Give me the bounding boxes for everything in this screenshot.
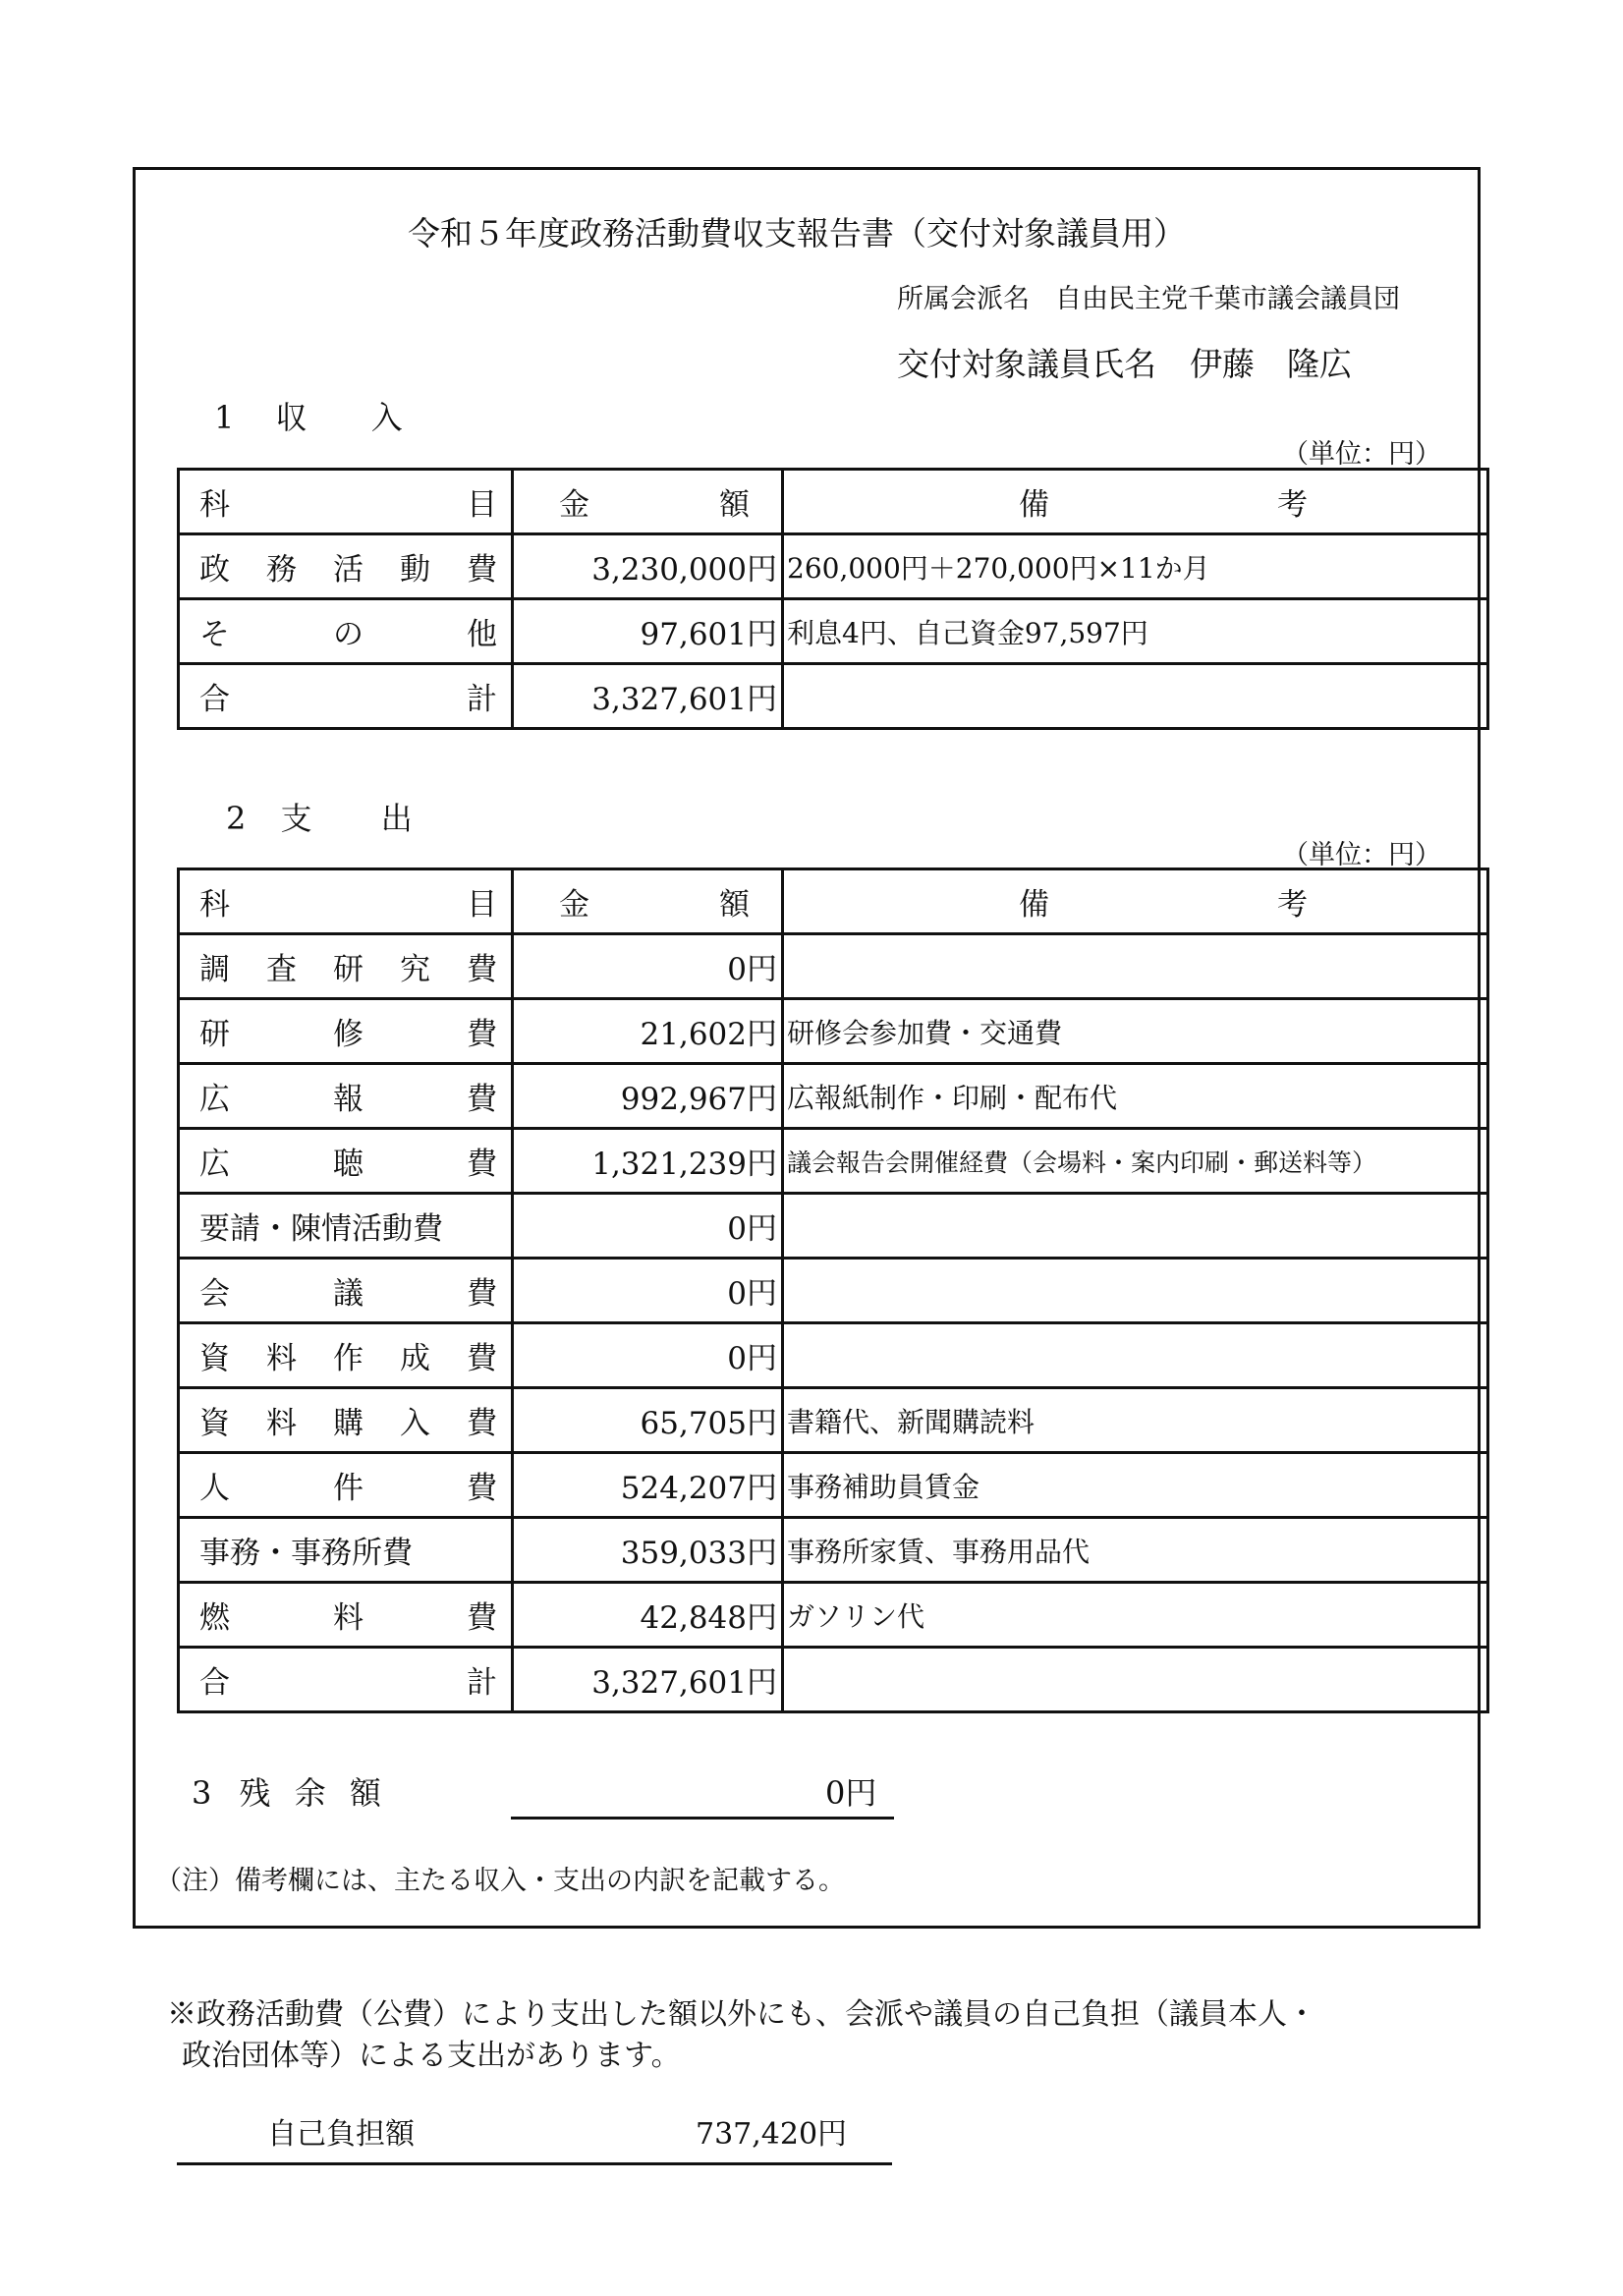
section-char: 額 xyxy=(350,1768,381,1814)
remarks-note: （注）備考欄には、主たる収入・支出の内訳を記載する。 xyxy=(155,1859,845,1897)
faction-value: 自由民主党千葉市議会議員団 xyxy=(1055,284,1400,314)
table-row: 会議費 0円 xyxy=(179,1259,1488,1323)
section-char: 余 xyxy=(295,1768,326,1814)
table-row: 研修費 21,602円 研修会参加費・交通費 xyxy=(179,999,1488,1064)
self-burden-label: 自己負担額 xyxy=(267,2114,415,2156)
remarks-cell: 事務補助員賃金 xyxy=(783,1453,1488,1518)
table-row: 調査研究費 0円 xyxy=(179,934,1488,999)
section-number: 2 xyxy=(226,800,246,837)
amount-cell: 3,327,601円 xyxy=(513,664,783,729)
amount-cell: 359,033円 xyxy=(513,1518,783,1583)
income-unit: （単位：円） xyxy=(1282,432,1441,471)
member-label: 交付対象議員氏名 xyxy=(897,345,1156,383)
remarks-cell: 事務所家賃、事務用品代 xyxy=(783,1518,1488,1583)
table-row: 資料購入費 65,705円 書籍代、新聞購読料 xyxy=(179,1388,1488,1453)
section-char: 残 xyxy=(240,1768,271,1814)
self-burden-value: 737,420円 xyxy=(696,2114,847,2156)
amount-cell: 0円 xyxy=(513,1323,783,1388)
section-number: 1 xyxy=(214,399,234,436)
header-amount: 金額 xyxy=(513,869,783,934)
table-row: 事務・事務所費 359,033円 事務所家賃、事務用品代 xyxy=(179,1518,1488,1583)
table-row-total: 合計 3,327,601円 xyxy=(179,664,1488,729)
table-header-row: 科目 金額 備考 xyxy=(179,869,1488,934)
report-title: 令和５年度政務活動費収支報告書（交付対象議員用） xyxy=(408,208,1186,254)
header-remarks: 備考 xyxy=(783,869,1488,934)
table-row: 燃料費 42,848円 ガソリン代 xyxy=(179,1583,1488,1648)
amount-cell: 42,848円 xyxy=(513,1583,783,1648)
expense-unit: （単位：円） xyxy=(1282,833,1441,871)
section-char: 入 xyxy=(371,393,403,438)
remarks-cell xyxy=(783,1194,1488,1259)
income-table: 科目 金額 備考 政務活動費 3,230,000円 260,000円＋270,0… xyxy=(177,468,1489,730)
section-char: 収 xyxy=(276,393,308,438)
header-item: 科目 xyxy=(179,470,513,534)
expense-table: 科目 金額 備考 調査研究費 0円 研修費 21,602円 研修会参加費・交通費… xyxy=(177,868,1489,1713)
remarks-cell: 書籍代、新聞購読料 xyxy=(783,1388,1488,1453)
remarks-cell: 広報紙制作・印刷・配布代 xyxy=(783,1064,1488,1129)
expense-section-heading: 2 支 出 xyxy=(226,794,413,839)
footer-note-line1: ※政務活動費（公費）により支出した額以外にも、会派や議員の自己負担（議員本人・ xyxy=(167,1994,1316,2036)
header-amount: 金額 xyxy=(513,470,783,534)
amount-cell: 3,230,000円 xyxy=(513,534,783,599)
member-line: 交付対象議員氏名伊藤 隆広 xyxy=(897,339,1352,385)
header-remarks: 備考 xyxy=(783,470,1488,534)
income-section-heading: 1 収 入 xyxy=(214,393,403,438)
table-row: 広聴費 1,321,239円 議会報告会開催経費（会場料・案内印刷・郵送料等） xyxy=(179,1129,1488,1194)
amount-cell: 97,601円 xyxy=(513,599,783,664)
faction-line: 所属会派名自由民主党千葉市議会議員団 xyxy=(897,277,1400,315)
section-char: 支 xyxy=(281,794,312,839)
header-item: 科目 xyxy=(179,869,513,934)
remarks-cell: 研修会参加費・交通費 xyxy=(783,999,1488,1064)
amount-cell: 0円 xyxy=(513,934,783,999)
table-row: 政務活動費 3,230,000円 260,000円＋270,000円×11か月 xyxy=(179,534,1488,599)
table-row-total: 合計 3,327,601円 xyxy=(179,1648,1488,1712)
remarks-cell xyxy=(783,1259,1488,1323)
remarks-cell xyxy=(783,664,1488,729)
table-row: 人件費 524,207円 事務補助員賃金 xyxy=(179,1453,1488,1518)
faction-label: 所属会派名 xyxy=(897,284,1030,314)
remarks-cell: ガソリン代 xyxy=(783,1583,1488,1648)
amount-cell: 21,602円 xyxy=(513,999,783,1064)
remarks-cell: 260,000円＋270,000円×11か月 xyxy=(783,534,1488,599)
amount-cell: 3,327,601円 xyxy=(513,1648,783,1712)
footer-note-line2: 政治団体等）による支出があります。 xyxy=(182,2036,681,2077)
self-burden-underline xyxy=(177,2162,892,2165)
remainder-value: 0円 xyxy=(825,1768,876,1814)
table-row: その他 97,601円 利息4円、自己資金97,597円 xyxy=(179,599,1488,664)
table-header-row: 科目 金額 備考 xyxy=(179,470,1488,534)
table-row: 資料作成費 0円 xyxy=(179,1323,1488,1388)
table-row: 要請・陳情活動費 0円 xyxy=(179,1194,1488,1259)
section-char: 出 xyxy=(381,794,413,839)
remarks-cell xyxy=(783,1323,1488,1388)
amount-cell: 0円 xyxy=(513,1259,783,1323)
member-value: 伊藤 隆広 xyxy=(1190,345,1352,383)
table-row: 広報費 992,967円 広報紙制作・印刷・配布代 xyxy=(179,1064,1488,1129)
remainder-heading: 3 残 余 額 xyxy=(192,1768,381,1814)
amount-cell: 0円 xyxy=(513,1194,783,1259)
amount-cell: 65,705円 xyxy=(513,1388,783,1453)
remarks-cell xyxy=(783,1648,1488,1712)
remarks-cell: 利息4円、自己資金97,597円 xyxy=(783,599,1488,664)
section-number: 3 xyxy=(192,1774,211,1812)
amount-cell: 524,207円 xyxy=(513,1453,783,1518)
remainder-underline xyxy=(511,1817,894,1820)
remarks-cell: 議会報告会開催経費（会場料・案内印刷・郵送料等） xyxy=(783,1129,1488,1194)
remarks-cell xyxy=(783,934,1488,999)
amount-cell: 1,321,239円 xyxy=(513,1129,783,1194)
amount-cell: 992,967円 xyxy=(513,1064,783,1129)
